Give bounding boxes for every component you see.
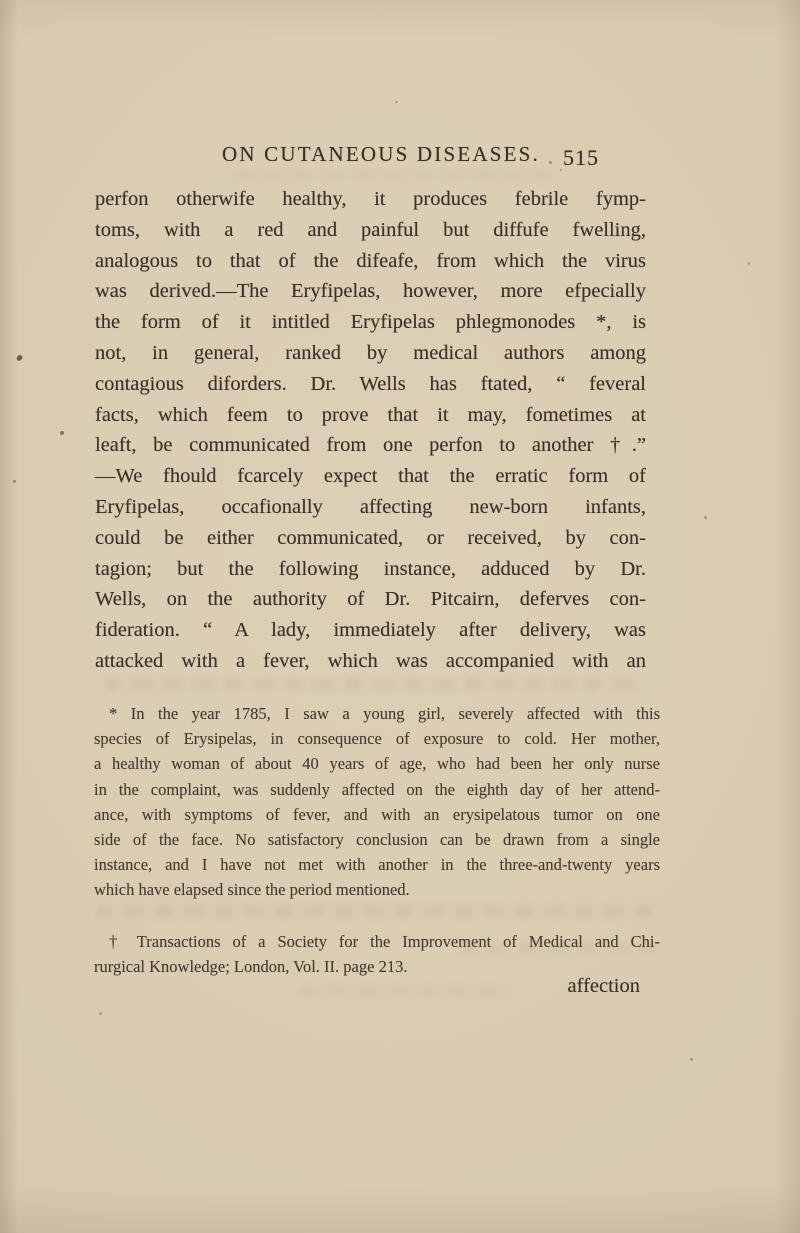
page-number: 515 [563,145,599,171]
footnote-asterisk: * In the year 1785, I saw a young girl, … [94,701,660,903]
paper-speck [704,516,707,519]
body-line: toms, with a red and painful but diffufe… [95,215,646,246]
paper-speck [13,480,16,483]
paper-speck [16,354,24,362]
body-line: —We fhould fcarcely expect that the erra… [95,461,646,492]
paper-speck [690,1058,693,1061]
body-line: facts, which feem to prove that it may, … [95,400,646,431]
show-through-mark [105,678,640,691]
paper-speck [748,262,750,265]
paper-speck [549,161,552,164]
paper-speck [560,169,562,171]
footnote-line: which have elapsed since the period ment… [94,877,660,902]
body-line: tagion; but the following instance, addu… [95,554,646,585]
catchword: affection [568,975,640,998]
footnote-line: a healthy woman of about 40 years of age… [94,751,660,776]
body-line: Eryfipelas, occafionally affecting new-b… [95,492,646,523]
body-line: Wells, on the authority of Dr. Pitcairn,… [95,584,646,615]
body-line: was derived.—The Eryfipelas, however, mo… [95,276,646,307]
paper-speck [395,101,398,103]
body-line: analogous to that of the difeafe, from w… [95,246,646,277]
body-line: could be either communicated, or receive… [95,523,646,554]
show-through-mark [235,170,555,181]
body-line: fideration. “ A lady, immediately after … [95,615,646,646]
footnote-line: * In the year 1785, I saw a young girl, … [94,701,660,726]
paper-speck [60,431,64,435]
scanned-book-page: ON CUTANEOUS DISEASES. 515 perfon otherw… [0,0,800,1233]
body-line: attacked with a fever, which was accompa… [95,646,646,677]
footnote-line: species of Erysipelas, in consequence of… [94,726,660,751]
paper-speck [99,1012,102,1015]
body-line: contagious diforders. Dr. Wells has ftat… [95,369,646,400]
footnote-line: in the complaint, was suddenly affected … [94,777,660,802]
footnote-line: instance, and I have not met with anothe… [94,852,660,877]
body-line: the form of it intitled Eryfipelas phleg… [95,307,646,338]
footnote-line: side of the face. No satisfactory conclu… [94,827,660,852]
body-line: perfon otherwife healthy, it produces fe… [95,184,646,215]
footnote-line: ance, with symptoms of fever, and with a… [94,802,660,827]
footnote-dagger: † Transactions of a Society for the Impr… [94,929,660,979]
body-line: leaft, be communicated from one perfon t… [95,430,646,461]
body-text: perfon otherwife healthy, it produces fe… [95,184,646,677]
show-through-mark [96,905,656,918]
page-title: ON CUTANEOUS DISEASES. [222,142,540,167]
body-line: not, in general, ranked by medical autho… [95,338,646,369]
show-through-mark [460,943,660,954]
show-through-mark [300,986,510,997]
